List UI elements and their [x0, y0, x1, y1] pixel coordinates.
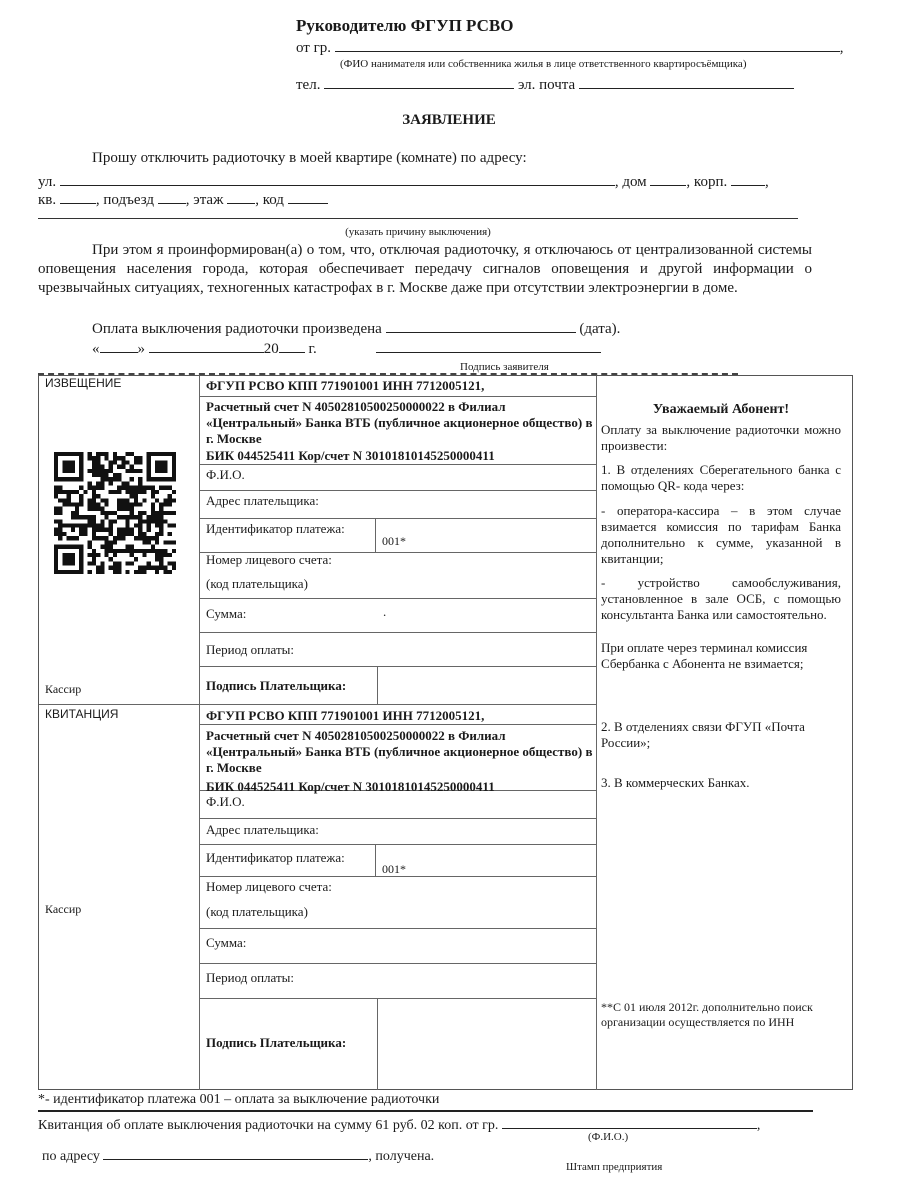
- reason-hint: (указать причину выключения): [0, 226, 836, 238]
- info-item-3: 3. В коммерческих Банках.: [601, 775, 841, 791]
- receipt-fio-hint: (Ф.И.О.): [588, 1131, 628, 1143]
- info-note: **С 01 июля 2012г. дополнительно поиск о…: [601, 1000, 821, 1030]
- divider: [596, 376, 597, 1090]
- fio-hint: (ФИО нанимателя или собственника жилья в…: [340, 58, 746, 70]
- qr-code-icon: [54, 452, 176, 574]
- entrance-field[interactable]: [158, 189, 186, 204]
- building-label: , корп.: [686, 174, 727, 190]
- payment-id-label: Идентификатор платежа:: [206, 521, 345, 537]
- signature-date-line: «» 20 г.: [92, 338, 601, 358]
- payer-signature-label: Подпись Плательщика:: [206, 678, 346, 694]
- payment-date-line: Оплата выключения радиоточки произведена…: [92, 318, 620, 338]
- account-line: Расчетный счет N 40502810500250000022 в …: [206, 399, 596, 447]
- payer-code-label: (код плательщика): [206, 576, 308, 592]
- applicant-signature-label: Подпись заявителя: [460, 361, 549, 373]
- period-label: Период оплаты:: [206, 642, 294, 658]
- payment-id-value: 001*: [382, 862, 406, 877]
- applicant-signature-field[interactable]: [376, 338, 601, 353]
- payer-address-label: Адрес плательщика:: [206, 493, 319, 509]
- account-line: Расчетный счет N 40502810500250000022 в …: [206, 728, 596, 776]
- receipt-label: КВИТАНЦИЯ: [45, 707, 118, 721]
- fio-label: Ф.И.О.: [206, 467, 245, 483]
- receipt-address-label: по адресу: [42, 1149, 100, 1164]
- from-line: от гр. ,: [296, 37, 844, 57]
- receipt-text: Квитанция об оплате выключения радиоточк…: [38, 1118, 498, 1133]
- date-hint: (дата).: [579, 321, 620, 337]
- divider: [377, 666, 378, 704]
- footer-rule: [38, 1110, 813, 1112]
- year-prefix: 20: [264, 341, 279, 357]
- org-line: ФГУП РСВО КПП 771901001 ИНН 7712005121,: [206, 708, 596, 724]
- reason-field[interactable]: [38, 218, 798, 219]
- email-field[interactable]: [579, 74, 794, 89]
- phone-label: тел.: [296, 77, 320, 93]
- org-line: ФГУП РСВО КПП 771901001 ИНН 7712005121,: [206, 378, 596, 394]
- floor-label: , этаж: [186, 192, 224, 208]
- cashier-label: Кассир: [45, 902, 81, 917]
- info-item-1c: При оплате через терминал комиссия Сберб…: [601, 640, 841, 672]
- apartment-field[interactable]: [60, 189, 96, 204]
- info-paragraph: При этом я проинформирован(а) о том, что…: [38, 241, 812, 298]
- year-field[interactable]: [279, 338, 305, 353]
- phone-field[interactable]: [324, 74, 514, 89]
- building-field[interactable]: [731, 171, 765, 186]
- day-field[interactable]: [100, 338, 138, 353]
- stamp-label: Штамп предприятия: [566, 1161, 662, 1173]
- quote-open: «: [92, 341, 100, 357]
- payer-address-label: Адрес плательщика:: [206, 822, 319, 838]
- house-label: , дом: [615, 174, 647, 190]
- street-field[interactable]: [60, 171, 615, 186]
- document-title: ЗАЯВЛЕНИЕ: [0, 112, 898, 129]
- cashier-label: Кассир: [45, 682, 81, 697]
- payment-id-value: 001*: [382, 534, 406, 549]
- payment-id-footnote: *- идентификатор платежа 001 – оплата за…: [38, 1092, 439, 1108]
- year-suffix: г.: [309, 341, 317, 357]
- info-item-1a: - оператора-кассира – в этом случае взим…: [601, 503, 841, 567]
- receipt-address-field[interactable]: [103, 1145, 368, 1160]
- contacts-line: тел. эл. почта: [296, 74, 794, 94]
- from-label: от гр.: [296, 40, 331, 56]
- payment-made-label: Оплата выключения радиоточки произведена: [92, 321, 382, 337]
- sum-value: .: [383, 604, 386, 620]
- info-item-1: 1. В отделениях Сберегательного банка с …: [601, 462, 841, 494]
- info-intro: Оплату за выключение радиоточки можно пр…: [601, 422, 841, 454]
- info-item-1b: - устройство самообслуживания, установле…: [601, 575, 841, 623]
- recipient-heading: Руководителю ФГУП РСВО: [296, 16, 513, 36]
- payment-id-label: Идентификатор платежа:: [206, 850, 345, 866]
- receipt-fio-field[interactable]: [502, 1114, 757, 1129]
- apartment-label: кв.: [38, 192, 56, 208]
- sum-label: Сумма:: [206, 606, 246, 622]
- receipt-confirmation-line: Квитанция об оплате выключения радиоточк…: [38, 1114, 760, 1134]
- email-label: эл. почта: [518, 77, 575, 93]
- divider: [377, 998, 378, 1090]
- payment-date-field[interactable]: [386, 318, 576, 333]
- payer-code-label: (код плательщика): [206, 904, 308, 920]
- info-greeting: Уважаемый Абонент!: [601, 402, 841, 418]
- month-field[interactable]: [149, 338, 264, 353]
- from-name-field[interactable]: [335, 37, 840, 52]
- receipt-address-line: по адресу , получена.: [42, 1145, 434, 1165]
- period-label: Период оплаты:: [206, 970, 294, 986]
- received-label: , получена.: [368, 1149, 434, 1164]
- notice-label: ИЗВЕЩЕНИЕ: [45, 376, 121, 390]
- code-field[interactable]: [288, 189, 328, 204]
- info-item-2: 2. В отделениях связи ФГУП «Почта России…: [601, 719, 841, 751]
- account-number-label: Номер лицевого счета:: [206, 552, 332, 568]
- divider: [375, 518, 376, 552]
- entrance-label: , подъезд: [96, 192, 154, 208]
- bik-line: БИК 044525411 Кор/счет N 301018101452500…: [206, 779, 596, 795]
- quote-close: »: [138, 341, 146, 357]
- fio-label: Ф.И.О.: [206, 794, 245, 810]
- divider: [375, 844, 376, 876]
- address-line-apartment: кв. , подъезд , этаж , код: [38, 189, 328, 209]
- street-label: ул.: [38, 174, 56, 190]
- payer-signature-label: Подпись Плательщика:: [206, 1035, 346, 1051]
- sum-label: Сумма:: [206, 935, 246, 951]
- account-number-label: Номер лицевого счета:: [206, 879, 332, 895]
- house-field[interactable]: [650, 171, 686, 186]
- request-text: Прошу отключить радиоточку в моей кварти…: [92, 150, 527, 167]
- floor-field[interactable]: [227, 189, 255, 204]
- code-label: , код: [255, 192, 284, 208]
- bik-line: БИК 044525411 Кор/счет N 301018101452500…: [206, 448, 596, 464]
- address-line-street: ул. , дом , корп. ,: [38, 171, 812, 191]
- divider: [199, 376, 200, 1090]
